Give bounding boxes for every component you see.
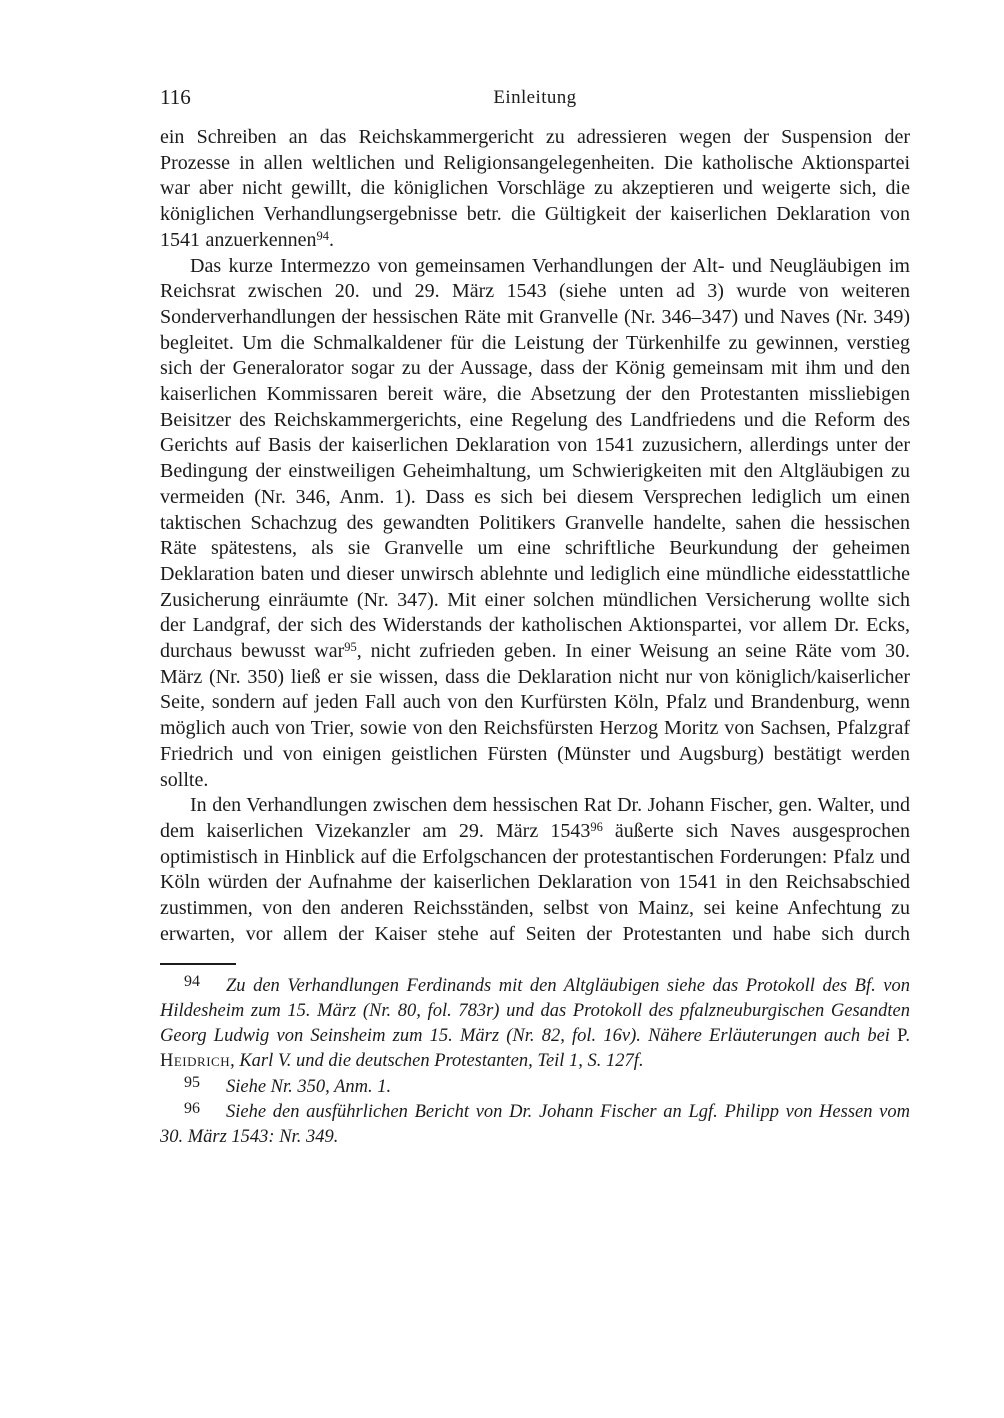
text-segment: ein Schreiben an das Reichskammergericht…: [160, 126, 910, 251]
footnote-ref: 95: [344, 640, 357, 654]
paragraph: ein Schreiben an das Reichskammergericht…: [160, 125, 910, 254]
footnotes-list: 94Zu den Verhandlungen Ferdinands mit de…: [160, 974, 910, 1151]
text-segment: Karl V. und die deutschen Protestanten, …: [239, 1051, 643, 1071]
paragraph: In den Verhandlungen zwischen dem hessis…: [160, 793, 910, 947]
text-segment: Zu den Verhandlungen Ferdinands mit den …: [160, 976, 910, 1047]
footnote: 94Zu den Verhandlungen Ferdinands mit de…: [160, 974, 910, 1075]
footnote-number: 94: [184, 973, 200, 990]
footnote-separator: [160, 963, 236, 965]
text-segment: P.: [897, 1026, 910, 1046]
text-segment: ,: [230, 1051, 239, 1071]
text-segment: , nicht zufrieden geben. In einer Weisun…: [160, 640, 910, 791]
footnote-ref: 94: [317, 229, 330, 243]
text-segment: Heidrich: [160, 1051, 230, 1071]
text-segment: .: [329, 229, 334, 251]
footnote: 95Siehe Nr. 350, Anm. 1.: [160, 1075, 910, 1100]
footnote: 96Siehe den ausführlichen Bericht von Dr…: [160, 1100, 910, 1151]
text-column: 116 Einleitung ein Schreiben an das Reic…: [160, 84, 910, 1151]
text-segment: Siehe Nr. 350, Anm. 1.: [226, 1077, 391, 1097]
text-segment: Siehe den ausführlichen Bericht von Dr. …: [160, 1102, 910, 1147]
footnote-ref: 96: [590, 820, 603, 834]
footnote-number: 96: [184, 1100, 200, 1117]
running-head-title: Einleitung: [160, 85, 910, 111]
body-text: ein Schreiben an das Reichskammergericht…: [160, 125, 910, 948]
paragraph: Das kurze Intermezzo von gemeinsamen Ver…: [160, 254, 910, 794]
running-header: 116 Einleitung: [160, 84, 910, 110]
footnote-number: 95: [184, 1074, 200, 1091]
text-segment: Das kurze Intermezzo von gemeinsamen Ver…: [160, 255, 910, 663]
book-page: 116 Einleitung ein Schreiben an das Reic…: [0, 0, 1004, 1418]
